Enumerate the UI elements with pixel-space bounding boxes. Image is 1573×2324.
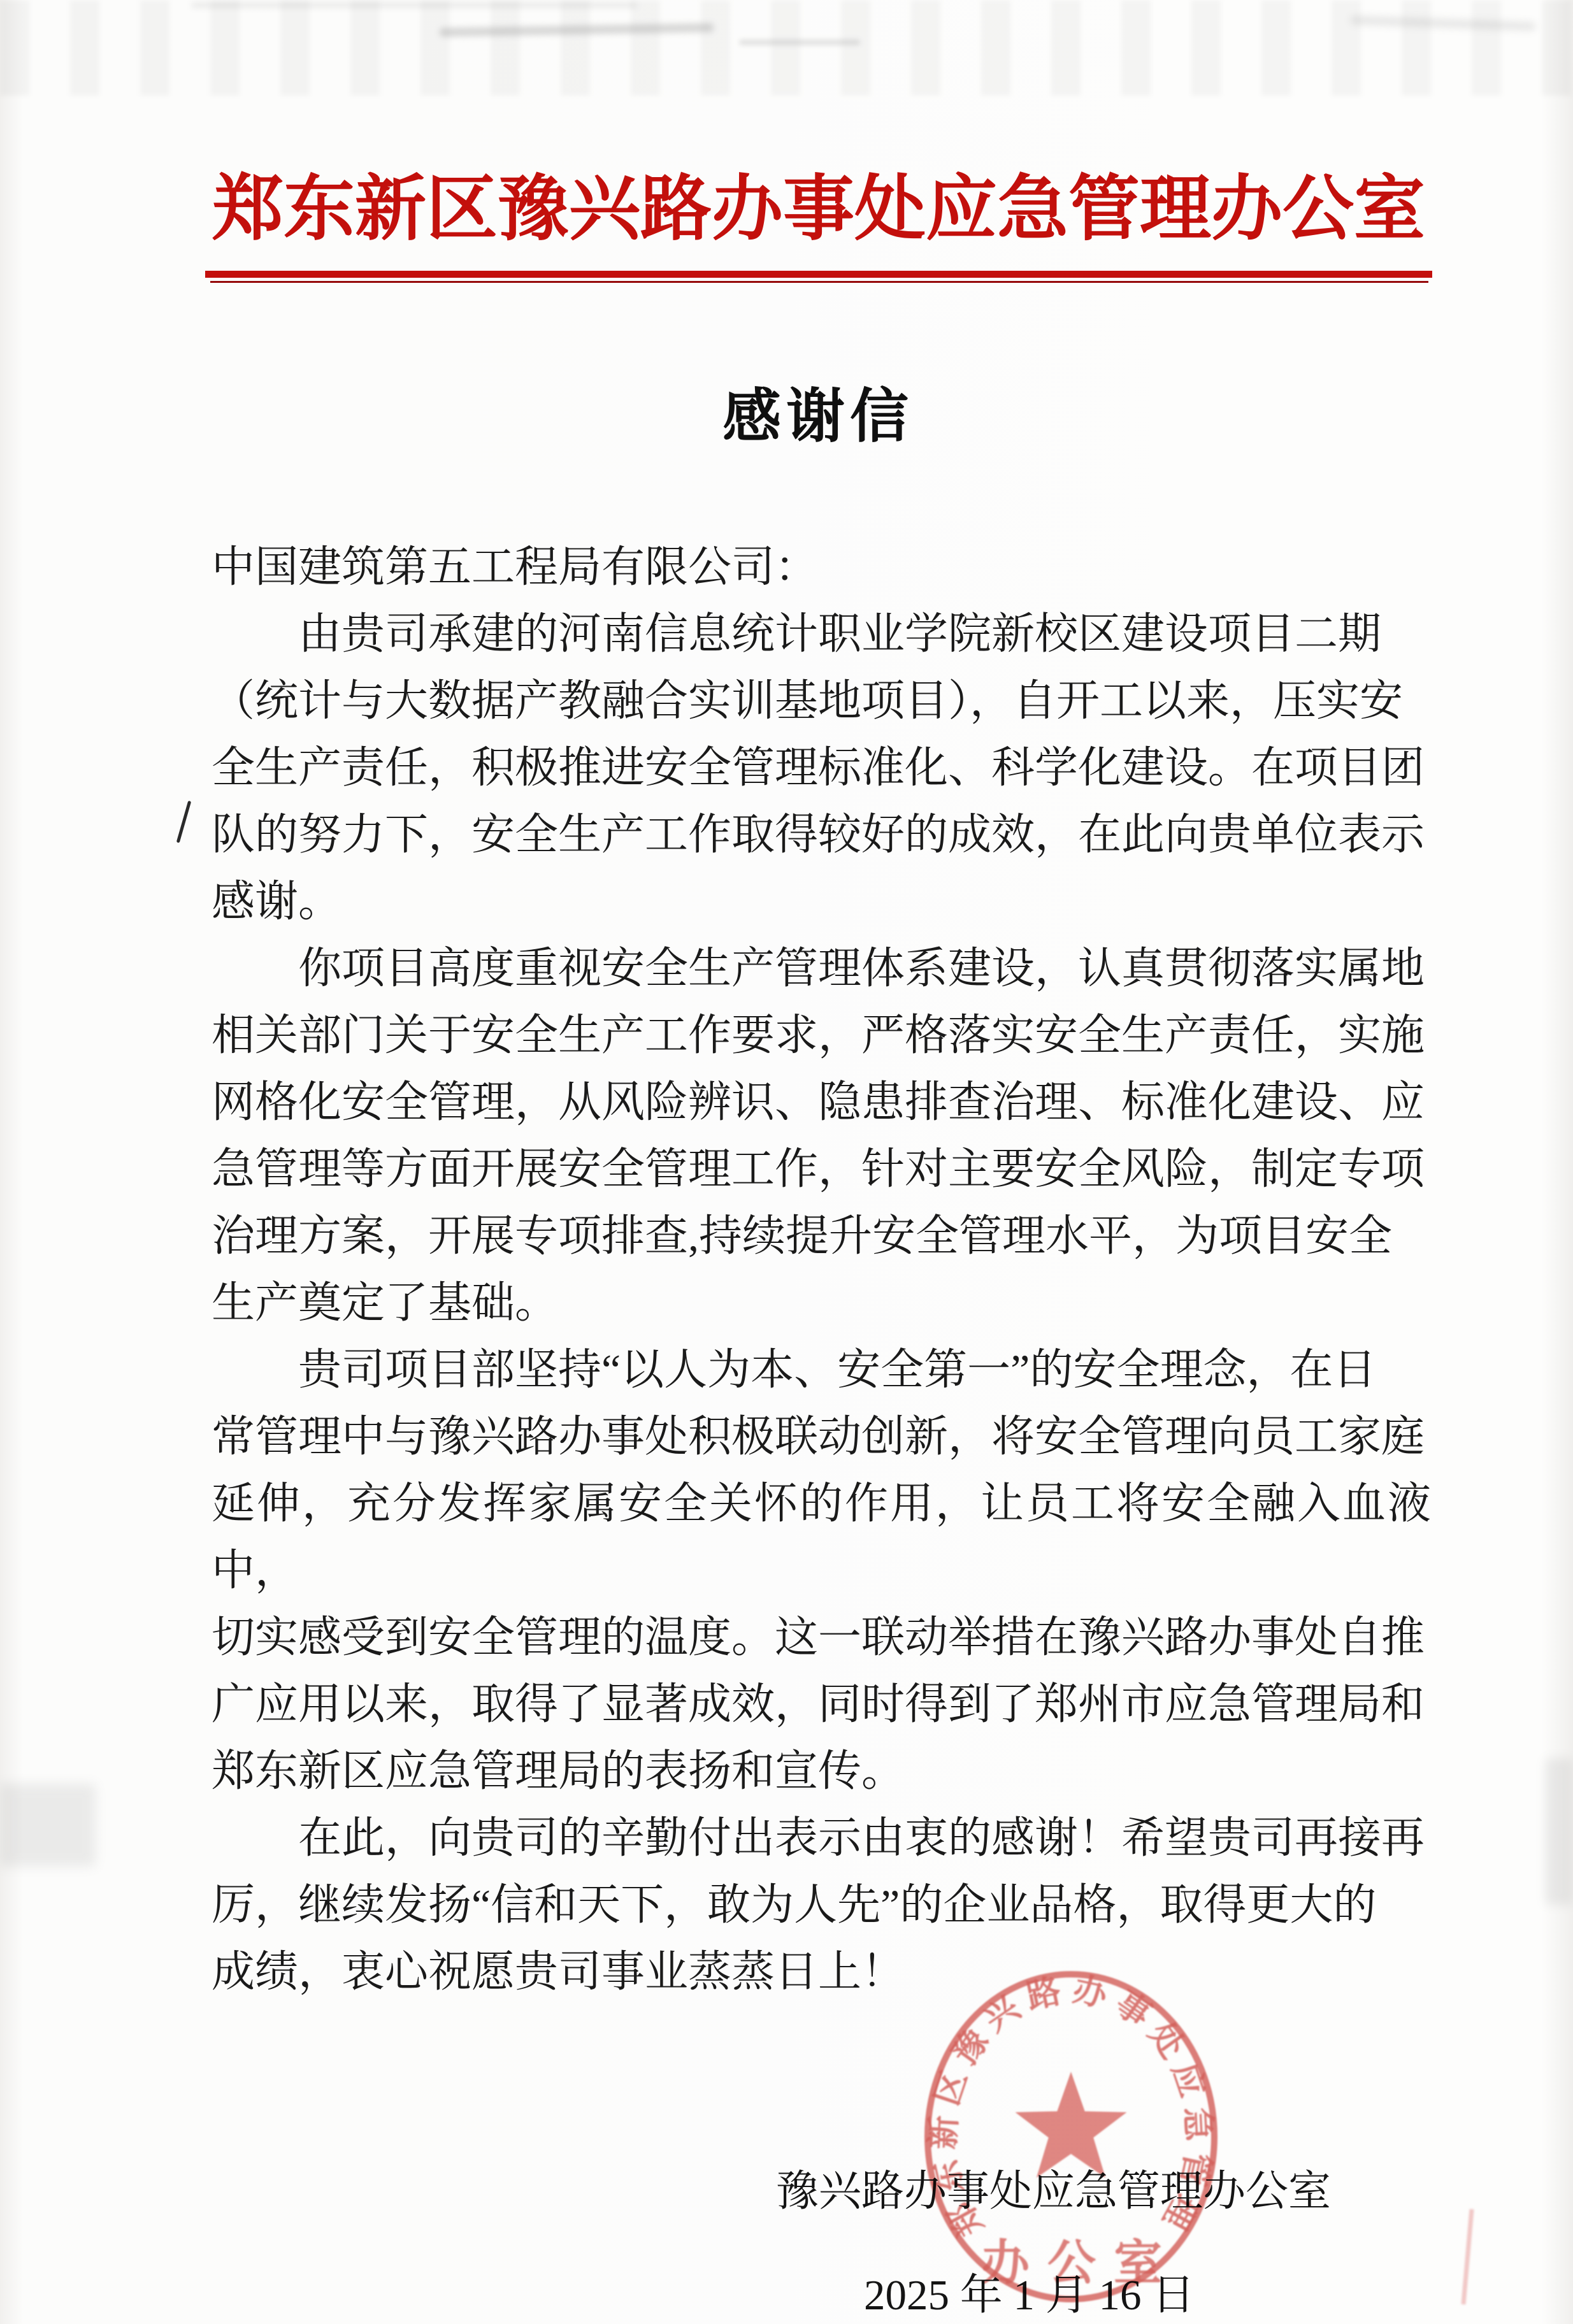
letterhead-rule-thick bbox=[205, 271, 1432, 278]
letterhead-rule-thin bbox=[210, 281, 1428, 283]
stray-seal-ink-mark bbox=[1461, 2209, 1481, 2305]
scanned-letter-page: 郑东新区豫兴路办事处应急管理办公室 感谢信 中国建筑第五工程局有限公司： 由贵司… bbox=[0, 0, 1573, 2324]
seal-bottom-text: 办公室 bbox=[981, 2237, 1180, 2290]
official-red-seal: 郑东新区豫兴路办事处应急管理 办公室 bbox=[916, 1966, 1228, 2313]
seal-star-icon bbox=[1016, 2072, 1127, 2177]
scan-noise-smudge bbox=[1545, 1758, 1573, 1905]
handwritten-check-mark bbox=[176, 801, 192, 843]
paragraph-2: 你项目高度重视安全生产管理体系建设，认真贯彻落实属地 相关部门关于安全生产工作要… bbox=[212, 935, 1431, 1337]
scan-noise-streak bbox=[739, 39, 860, 45]
paragraph-3: 贵司项目部坚持“以人为本、安全第一”的安全理念，在日 常管理中与豫兴路办事处积极… bbox=[212, 1337, 1431, 1805]
paragraph-4: 在此，向贵司的辛勤付出表示由衷的感谢！希望贵司再接再 厉，继续发扬“信和天下，敢… bbox=[212, 1805, 1431, 2005]
letterhead-org-title: 郑东新区豫兴路办事处应急管理办公室 bbox=[205, 167, 1432, 252]
letter-body: 中国建筑第五工程局有限公司： 由贵司承建的河南信息统计职业学院新校区建设项目二期… bbox=[212, 534, 1431, 2005]
document-title: 感谢信 bbox=[210, 369, 1426, 454]
scan-noise-smudge bbox=[0, 1784, 96, 1867]
recipient-line: 中国建筑第五工程局有限公司： bbox=[212, 534, 1431, 601]
paragraph-1: 由贵司承建的河南信息统计职业学院新校区建设项目二期 （统计与大数据产教融合实训基… bbox=[212, 601, 1431, 935]
scan-noise-streak bbox=[191, 3, 637, 8]
scan-noise-wash bbox=[0, 0, 1573, 96]
